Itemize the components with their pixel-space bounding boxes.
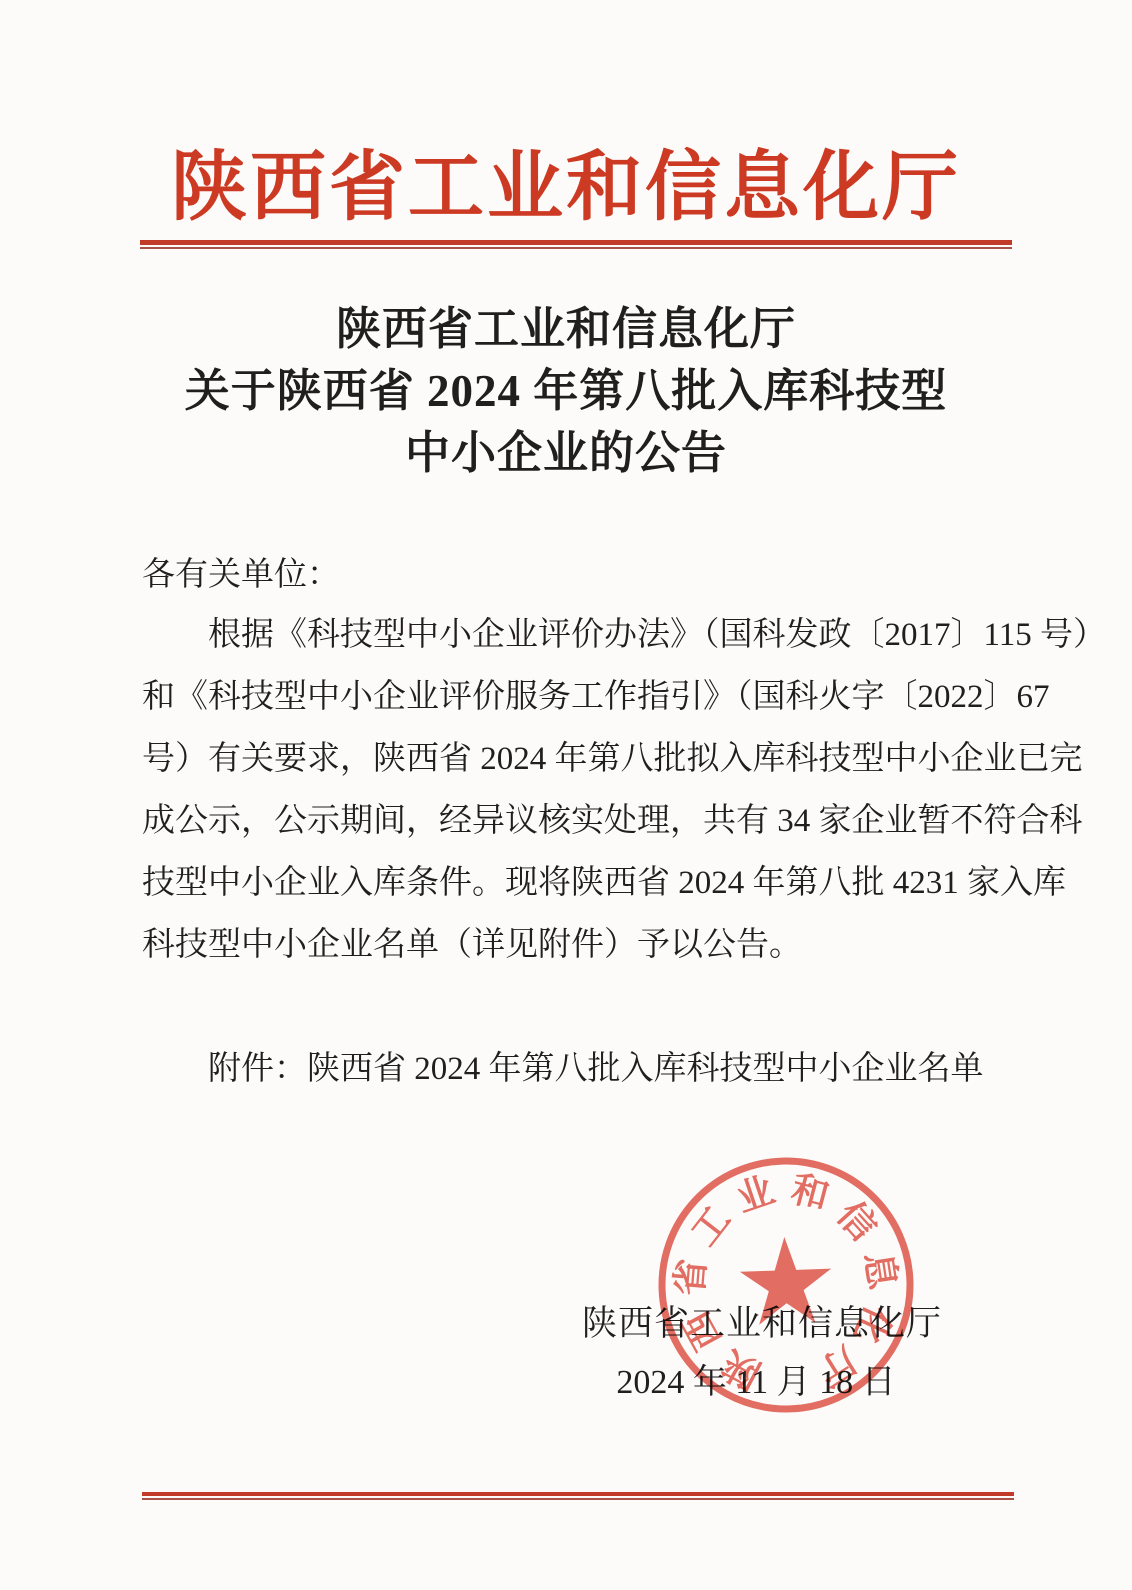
paragraph-line: 根据《科技型中小企业评价办法》（国科发政〔2017〕115 号） — [142, 604, 1008, 666]
document-title-line-2: 关于陕西省 2024 年第八批入库科技型 — [0, 360, 1132, 422]
document-title-line-1: 陕西省工业和信息化厅 — [0, 298, 1132, 360]
seal-star-icon — [739, 1235, 833, 1325]
paragraph-line: 科技型中小企业名单（详见附件）予以公告。 — [142, 914, 1008, 976]
seal-ring-char: 省 — [669, 1257, 714, 1297]
body-paragraph: 根据《科技型中小企业评价办法》（国科发政〔2017〕115 号） 和《科技型中小… — [142, 604, 1008, 976]
salutation: 各有关单位： — [142, 548, 1012, 595]
seal-ring-char: 业 — [732, 1170, 780, 1221]
paragraph-line: 技型中小企业入库条件。现将陕西省 2024 年第八批 4231 家入库 — [142, 852, 1008, 914]
header-rule — [140, 240, 1012, 249]
letterhead-title: 陕西省工业和信息化厅 — [0, 126, 1132, 235]
seal-ring-char: 化 — [846, 1298, 900, 1350]
official-seal: 陕西省工业和信息化厅 — [641, 1140, 931, 1430]
footer-rule-thin — [142, 1498, 1014, 1500]
attachment-line: 附件：陕西省 2024 年第八批入库科技型中小企业名单 — [142, 1042, 1012, 1089]
document-page: 陕西省工业和信息化厅 陕西省工业和信息化厅 关于陕西省 2024 年第八批入库科… — [0, 0, 1132, 1590]
paragraph-line: 和《科技型中小企业评价服务工作指引》（国科火字〔2022〕67 — [142, 666, 1008, 728]
document-title: 陕西省工业和信息化厅 关于陕西省 2024 年第八批入库科技型 中小企业的公告 — [0, 298, 1132, 484]
document-title-line-3: 中小企业的公告 — [0, 422, 1132, 484]
seal-ring-char: 息 — [856, 1249, 903, 1293]
paragraph-line: 成公示，公示期间，经异议核实处理，共有 34 家企业暂不符合科 — [142, 790, 1008, 852]
paragraph-line: 号）有关要求，陕西省 2024 年第八批拟入库科技型中小企业已完 — [142, 728, 1008, 790]
footer-rule — [142, 1492, 1014, 1500]
official-seal-graphic: 陕西省工业和信息化厅 — [641, 1140, 931, 1430]
header-rule-thin — [140, 247, 1012, 249]
seal-ring-char: 和 — [787, 1168, 833, 1218]
